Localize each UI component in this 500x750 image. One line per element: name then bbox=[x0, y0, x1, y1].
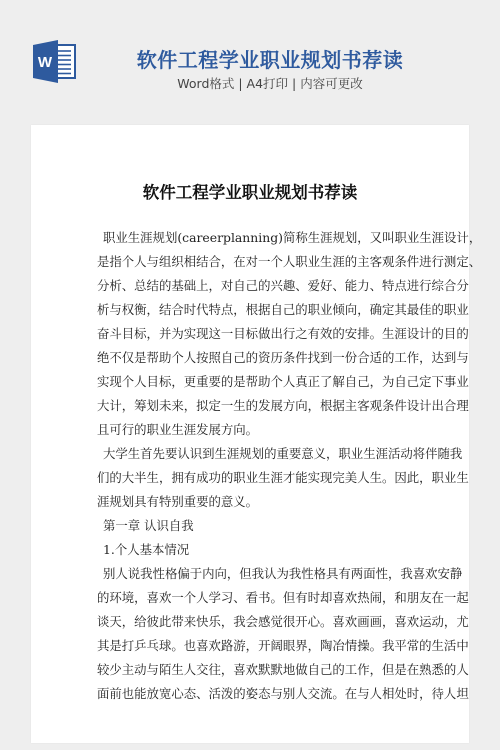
body-text-line: 大计，筹划未来，拟定一生的发展方向，根据主客观条件设计出合理 bbox=[97, 394, 407, 418]
body-text-line: 较少主动与陌生人交往，喜欢默默地做自己的工作，但是在熟悉的人 bbox=[97, 658, 407, 682]
banner: W 软件工程学业职业规划书荐读 Word格式 | A4打印 | 内容可更改 bbox=[0, 0, 500, 115]
document-body: 职业生涯规划(careerplanning)简称生涯规划，又叫职业生涯设计，是指… bbox=[97, 226, 407, 706]
body-text-line: 们的大半生，拥有成功的职业生涯才能实现完美人生。因此，职业生 bbox=[97, 466, 407, 490]
body-text-line: 别人说我性格偏于内向，但我认为我性格具有两面性，我喜欢安静 bbox=[97, 562, 407, 586]
body-text-line: 涯规划具有特别重要的意义。 bbox=[97, 490, 407, 514]
body-text-line: 奋斗目标，并为实现这一目标做出行之有效的安排。生涯设计的目的 bbox=[97, 322, 407, 346]
document-page: 软件工程学业职业规划书荐读 职业生涯规划(careerplanning)简称生涯… bbox=[31, 125, 469, 743]
body-text-line: 大学生首先要认识到生涯规划的重要意义，职业生涯活动将伴随我 bbox=[97, 442, 407, 466]
body-text-line: 其是打乒乓球。也喜欢路游，开阔眼界，陶冶情操。我平常的生活中 bbox=[97, 634, 407, 658]
body-text-line: 绝不仅是帮助个人按照自己的资历条件找到一份合适的工作，达到与 bbox=[97, 346, 407, 370]
body-text-line: 谈天，给彼此带来快乐，我会感觉很开心。喜欢画画，喜欢运动，尤 bbox=[97, 610, 407, 634]
banner-title: 软件工程学业职业规划书荐读 bbox=[120, 44, 420, 73]
body-text-line: 析与权衡，结合时代特点，根据自己的职业倾向，确定其最佳的职业 bbox=[97, 298, 407, 322]
document-title: 软件工程学业职业规划书荐读 bbox=[31, 179, 469, 203]
banner-subtitle: Word格式 | A4打印 | 内容可更改 bbox=[120, 74, 420, 92]
word-document-icon: W bbox=[31, 40, 77, 83]
body-text-line: 是指个人与组织相结合，在对一个人职业生涯的主客观条件进行测定、 bbox=[97, 250, 407, 274]
svg-text:W: W bbox=[38, 54, 53, 71]
body-text-line: 职业生涯规划(careerplanning)简称生涯规划，又叫职业生涯设计， bbox=[97, 226, 407, 250]
page-number: 1 bbox=[31, 689, 469, 697]
body-text-line: 第一章 认识自我 bbox=[97, 514, 407, 538]
body-text-line: 分析、总结的基础上，对自己的兴趣、爱好、能力、特点进行综合分 bbox=[97, 274, 407, 298]
body-text-line: 且可行的职业生涯发展方向。 bbox=[97, 418, 407, 442]
body-text-line: 的环境，喜欢一个人学习、看书。但有时却喜欢热闹，和朋友在一起 bbox=[97, 586, 407, 610]
body-text-line: 1.个人基本情况 bbox=[97, 538, 407, 562]
body-text-line: 实现个人目标，更重要的是帮助个人真正了解自己，为自己定下事业 bbox=[97, 370, 407, 394]
